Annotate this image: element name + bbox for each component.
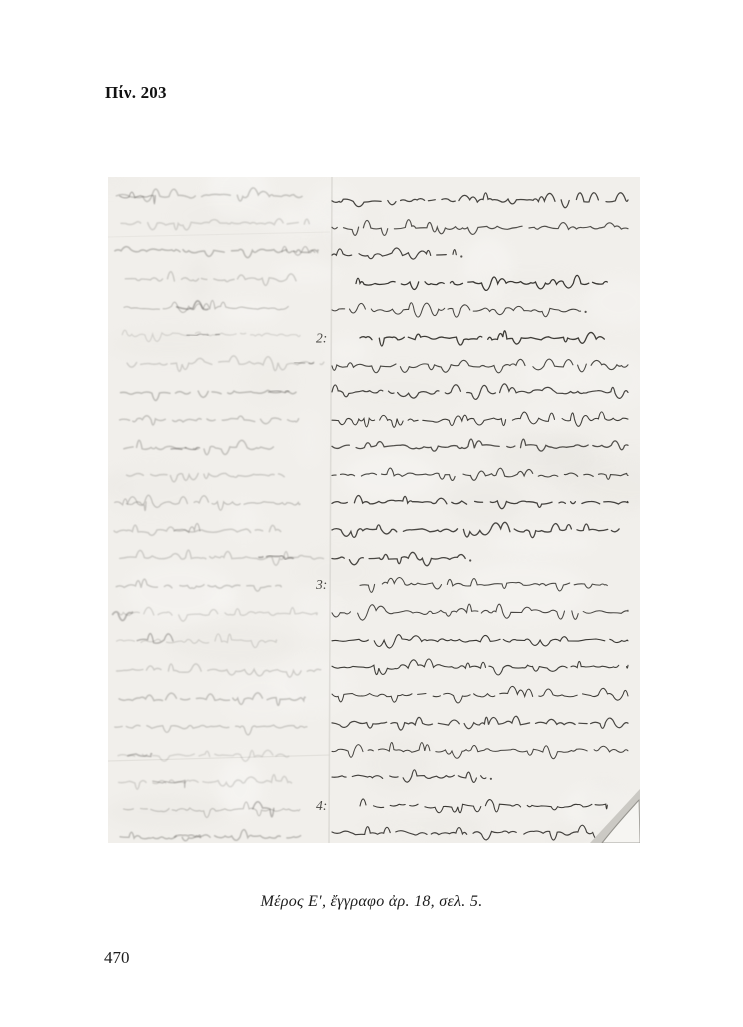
plate-label: Πίν. 203 — [105, 83, 167, 103]
book-page: Πίν. 203 2:3:4: Μέρος Ε′, ἔγγραφο ἀρ. 18… — [0, 0, 743, 1027]
figure-caption: Μέρος Ε′, ἔγγραφο ἀρ. 18, σελ. 5. — [0, 893, 743, 911]
page-number: 470 — [104, 948, 130, 968]
manuscript-photo: 2:3:4: — [108, 177, 640, 843]
manuscript-photo-svg: 2:3:4: — [108, 177, 640, 843]
svg-text:3:: 3: — [315, 577, 327, 592]
svg-text:2:: 2: — [316, 331, 327, 346]
svg-text:4:: 4: — [316, 798, 327, 813]
